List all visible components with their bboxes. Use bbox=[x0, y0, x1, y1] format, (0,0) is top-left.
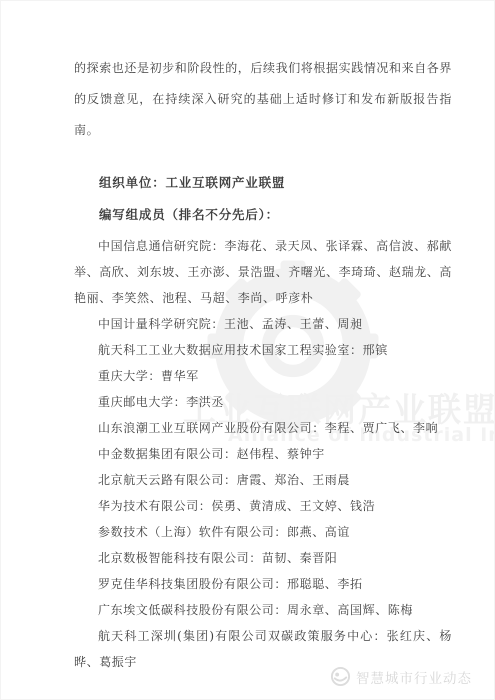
member-entry: 参数技术（上海）软件有限公司：郎燕、高谊 bbox=[74, 519, 452, 545]
member-entry: 北京航天云路有限公司：唐霞、郑治、王雨晨 bbox=[74, 467, 452, 493]
member-entry: 广东埃文低碳科技股份有限公司：周永章、高国辉、陈梅 bbox=[74, 597, 452, 623]
member-list: 中国信息通信研究院：李海花、录天凤、张译霖、高信波、郝献举、高欣、刘东坡、王亦澎… bbox=[74, 233, 452, 675]
member-entry: 罗克佳华科技集团股份有限公司：邢聪聪、李拓 bbox=[74, 571, 452, 597]
member-entry: 华为技术有限公司：侯勇、黄清成、王文婷、钱浩 bbox=[74, 493, 452, 519]
page-content: 的探索也还是初步和阶段性的，后续我们将根据实践情况和来自各界 的反馈意见，在持续… bbox=[74, 53, 452, 675]
member-entry: 山东浪潮工业互联网产业股份有限公司：李程、贾广飞、李响 bbox=[74, 415, 452, 441]
member-entry: 重庆大学：曹华军 bbox=[74, 363, 452, 389]
footer-brand-text: 智慧城市行业动态 bbox=[356, 667, 472, 687]
organizer-heading: 组织单位：工业互联网产业联盟 bbox=[74, 167, 452, 199]
footer-brand: 智慧城市行业动态 bbox=[330, 666, 472, 687]
document-page: 工业互联网产业联盟 Alliance of Industrial Interne… bbox=[0, 0, 495, 700]
member-entry: 北京数极智能科技有限公司：苗韧、秦晋阳 bbox=[74, 545, 452, 571]
intro-paragraph-line: 的反馈意见，在持续深入研究的基础上适时修订和发布新版报告指南。 bbox=[74, 84, 452, 146]
intro-paragraph-line: 的探索也还是初步和阶段性的，后续我们将根据实践情况和来自各界 bbox=[74, 53, 452, 84]
member-entry: 中国信息通信研究院：李海花、录天凤、张译霖、高信波、郝献举、高欣、刘东坡、王亦澎… bbox=[74, 233, 452, 311]
member-entry: 中金数据集团有限公司：赵伟程、蔡钟宇 bbox=[74, 441, 452, 467]
member-entry: 重庆邮电大学：李洪丞 bbox=[74, 389, 452, 415]
member-entry: 中国计量科学研究院：王池、孟涛、王蕾、周昶 bbox=[74, 311, 452, 337]
brand-logo-icon bbox=[330, 666, 351, 687]
members-heading: 编写组成员（排名不分先后）： bbox=[74, 199, 452, 231]
member-entry: 航天科工工业大数据应用技术国家工程实验室：邢镔 bbox=[74, 337, 452, 363]
